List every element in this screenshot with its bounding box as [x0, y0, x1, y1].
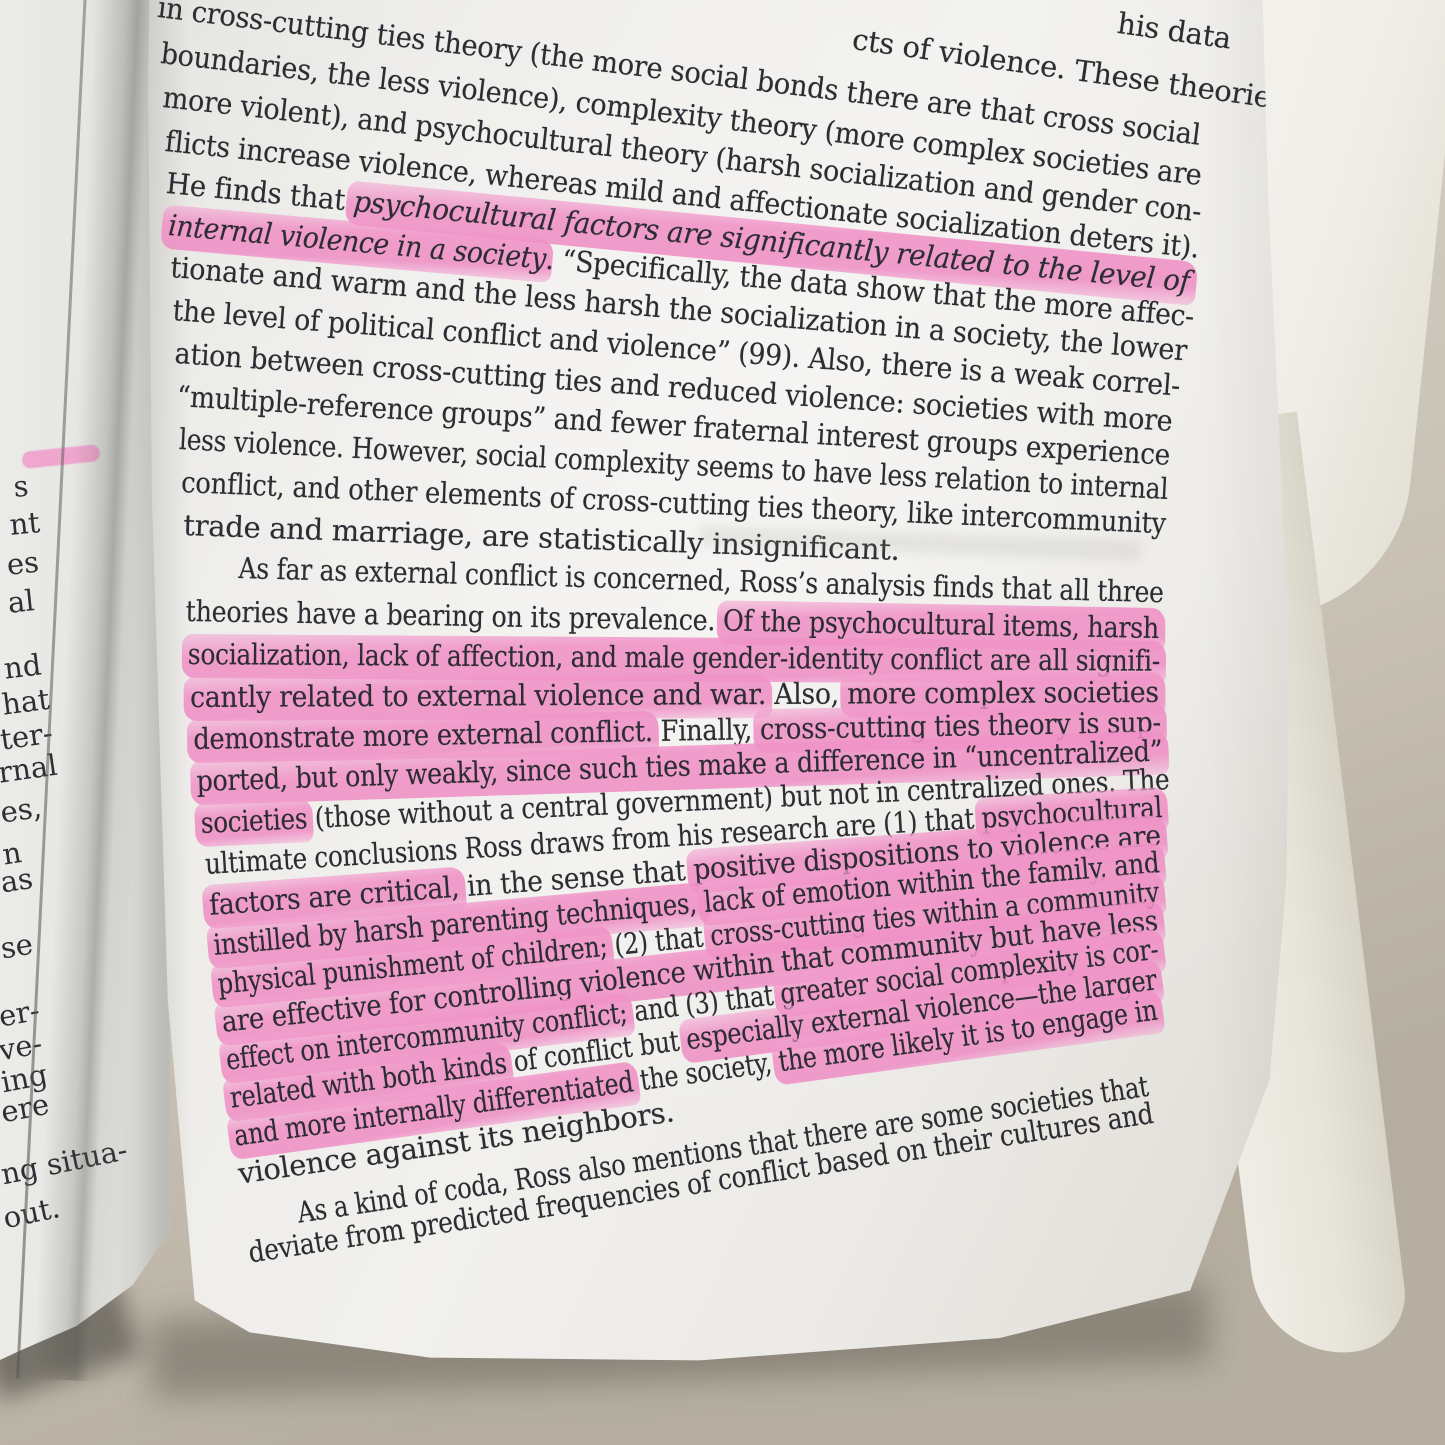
left-page-fragment: as	[0, 861, 35, 900]
text-segment: Finally,	[652, 712, 760, 748]
text-segment: his data	[1115, 6, 1233, 56]
left-page-fragment: nd	[2, 647, 43, 685]
right-page: his datacts of violence. These theoriesi…	[130, 0, 1350, 1380]
text-line: socialization, lack of affection, and ma…	[188, 637, 1160, 678]
left-page-fragment: al	[6, 583, 36, 620]
text-segment: theories have a bearing on its prevalenc…	[185, 594, 723, 637]
book-photo: sntesalndhatter-rnales,nasseer-ve-ingere…	[0, 0, 1445, 1445]
highlighter-mark: societies	[194, 798, 314, 847]
right-page-text: his datacts of violence. These theoriesi…	[130, 0, 1350, 1380]
left-page-fragment: s	[12, 469, 30, 504]
text-segment: Also,	[766, 677, 847, 711]
left-page-fragment: es	[5, 545, 40, 582]
left-page-fragment: nt	[8, 505, 41, 542]
left-page-fragment: se	[0, 927, 35, 966]
left-page-fragment: es,	[0, 790, 44, 830]
left-page-fragment: rnal	[0, 748, 59, 790]
text-line: his data	[1115, 6, 1233, 56]
